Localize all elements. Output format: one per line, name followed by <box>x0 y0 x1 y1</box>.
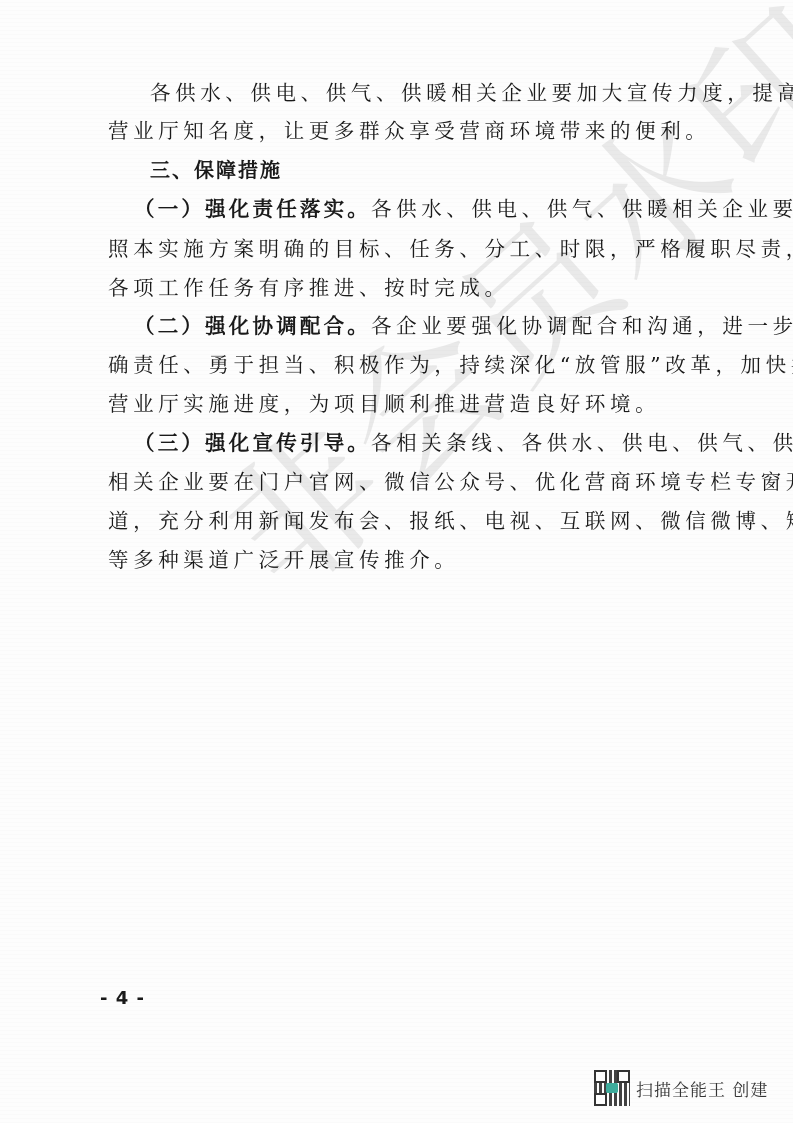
measure-1-text: 各供水、供电、供气、供暖相关企业要按 <box>371 197 793 221</box>
qr-code-icon <box>594 1070 630 1106</box>
document-page: 各供水、供电、供气、供暖相关企业要加大宣传力度，提高共享 营业厅知名度，让更多群… <box>0 0 793 1123</box>
measure-1-line-1: （一）强化责任落实。各供水、供电、供气、供暖相关企业要按 <box>134 196 744 222</box>
measure-3-text: 各相关条线、各供水、供电、供气、供暖 <box>371 431 793 455</box>
measure-3-line-2: 相关企业要在门户官网、微信公众号、优化营商环境专栏专窗开展报 <box>108 469 718 495</box>
measure-1-line-2: 照本实施方案明确的目标、任务、分工、时限，严格履职尽责，确保 <box>108 236 718 262</box>
measure-2-line-1: （二）强化协调配合。各企业要强化协调配合和沟通，进一步明 <box>134 313 744 339</box>
scanner-badge: 扫描全能王 创建 <box>594 1070 768 1106</box>
page-number: - 4 - <box>100 988 145 1009</box>
section-heading: 三、保障措施 <box>150 157 760 183</box>
measure-3-line-1: （三）强化宣传引导。各相关条线、各供水、供电、供气、供暖 <box>134 430 744 456</box>
measure-2-line-2: 确责任、勇于担当、积极作为，持续深化“放管服”改革，加快共享 <box>108 352 718 378</box>
measure-3-line-3: 道，充分利用新闻发布会、报纸、电视、互联网、微信微博、短视频 <box>108 508 718 534</box>
paragraph-line: 各供水、供电、供气、供暖相关企业要加大宣传力度，提高共享 <box>150 80 760 106</box>
measure-1-label: （一）强化责任落实。 <box>134 197 371 221</box>
measure-3-line-4: 等多种渠道广泛开展宣传推介。 <box>108 547 718 573</box>
measure-2-line-3: 营业厅实施进度，为项目顺利推进营造良好环境。 <box>108 391 718 417</box>
measure-2-text: 各企业要强化协调配合和沟通，进一步明 <box>371 314 793 338</box>
measure-3-label: （三）强化宣传引导。 <box>134 431 371 455</box>
paragraph-line: 营业厅知名度，让更多群众享受营商环境带来的便利。 <box>108 118 718 144</box>
measure-1-line-3: 各项工作任务有序推进、按时完成。 <box>108 275 718 301</box>
scanner-credit: 扫描全能王 创建 <box>636 1076 768 1101</box>
measure-2-label: （二）强化协调配合。 <box>134 314 371 338</box>
camscanner-logo-icon <box>606 1083 618 1093</box>
